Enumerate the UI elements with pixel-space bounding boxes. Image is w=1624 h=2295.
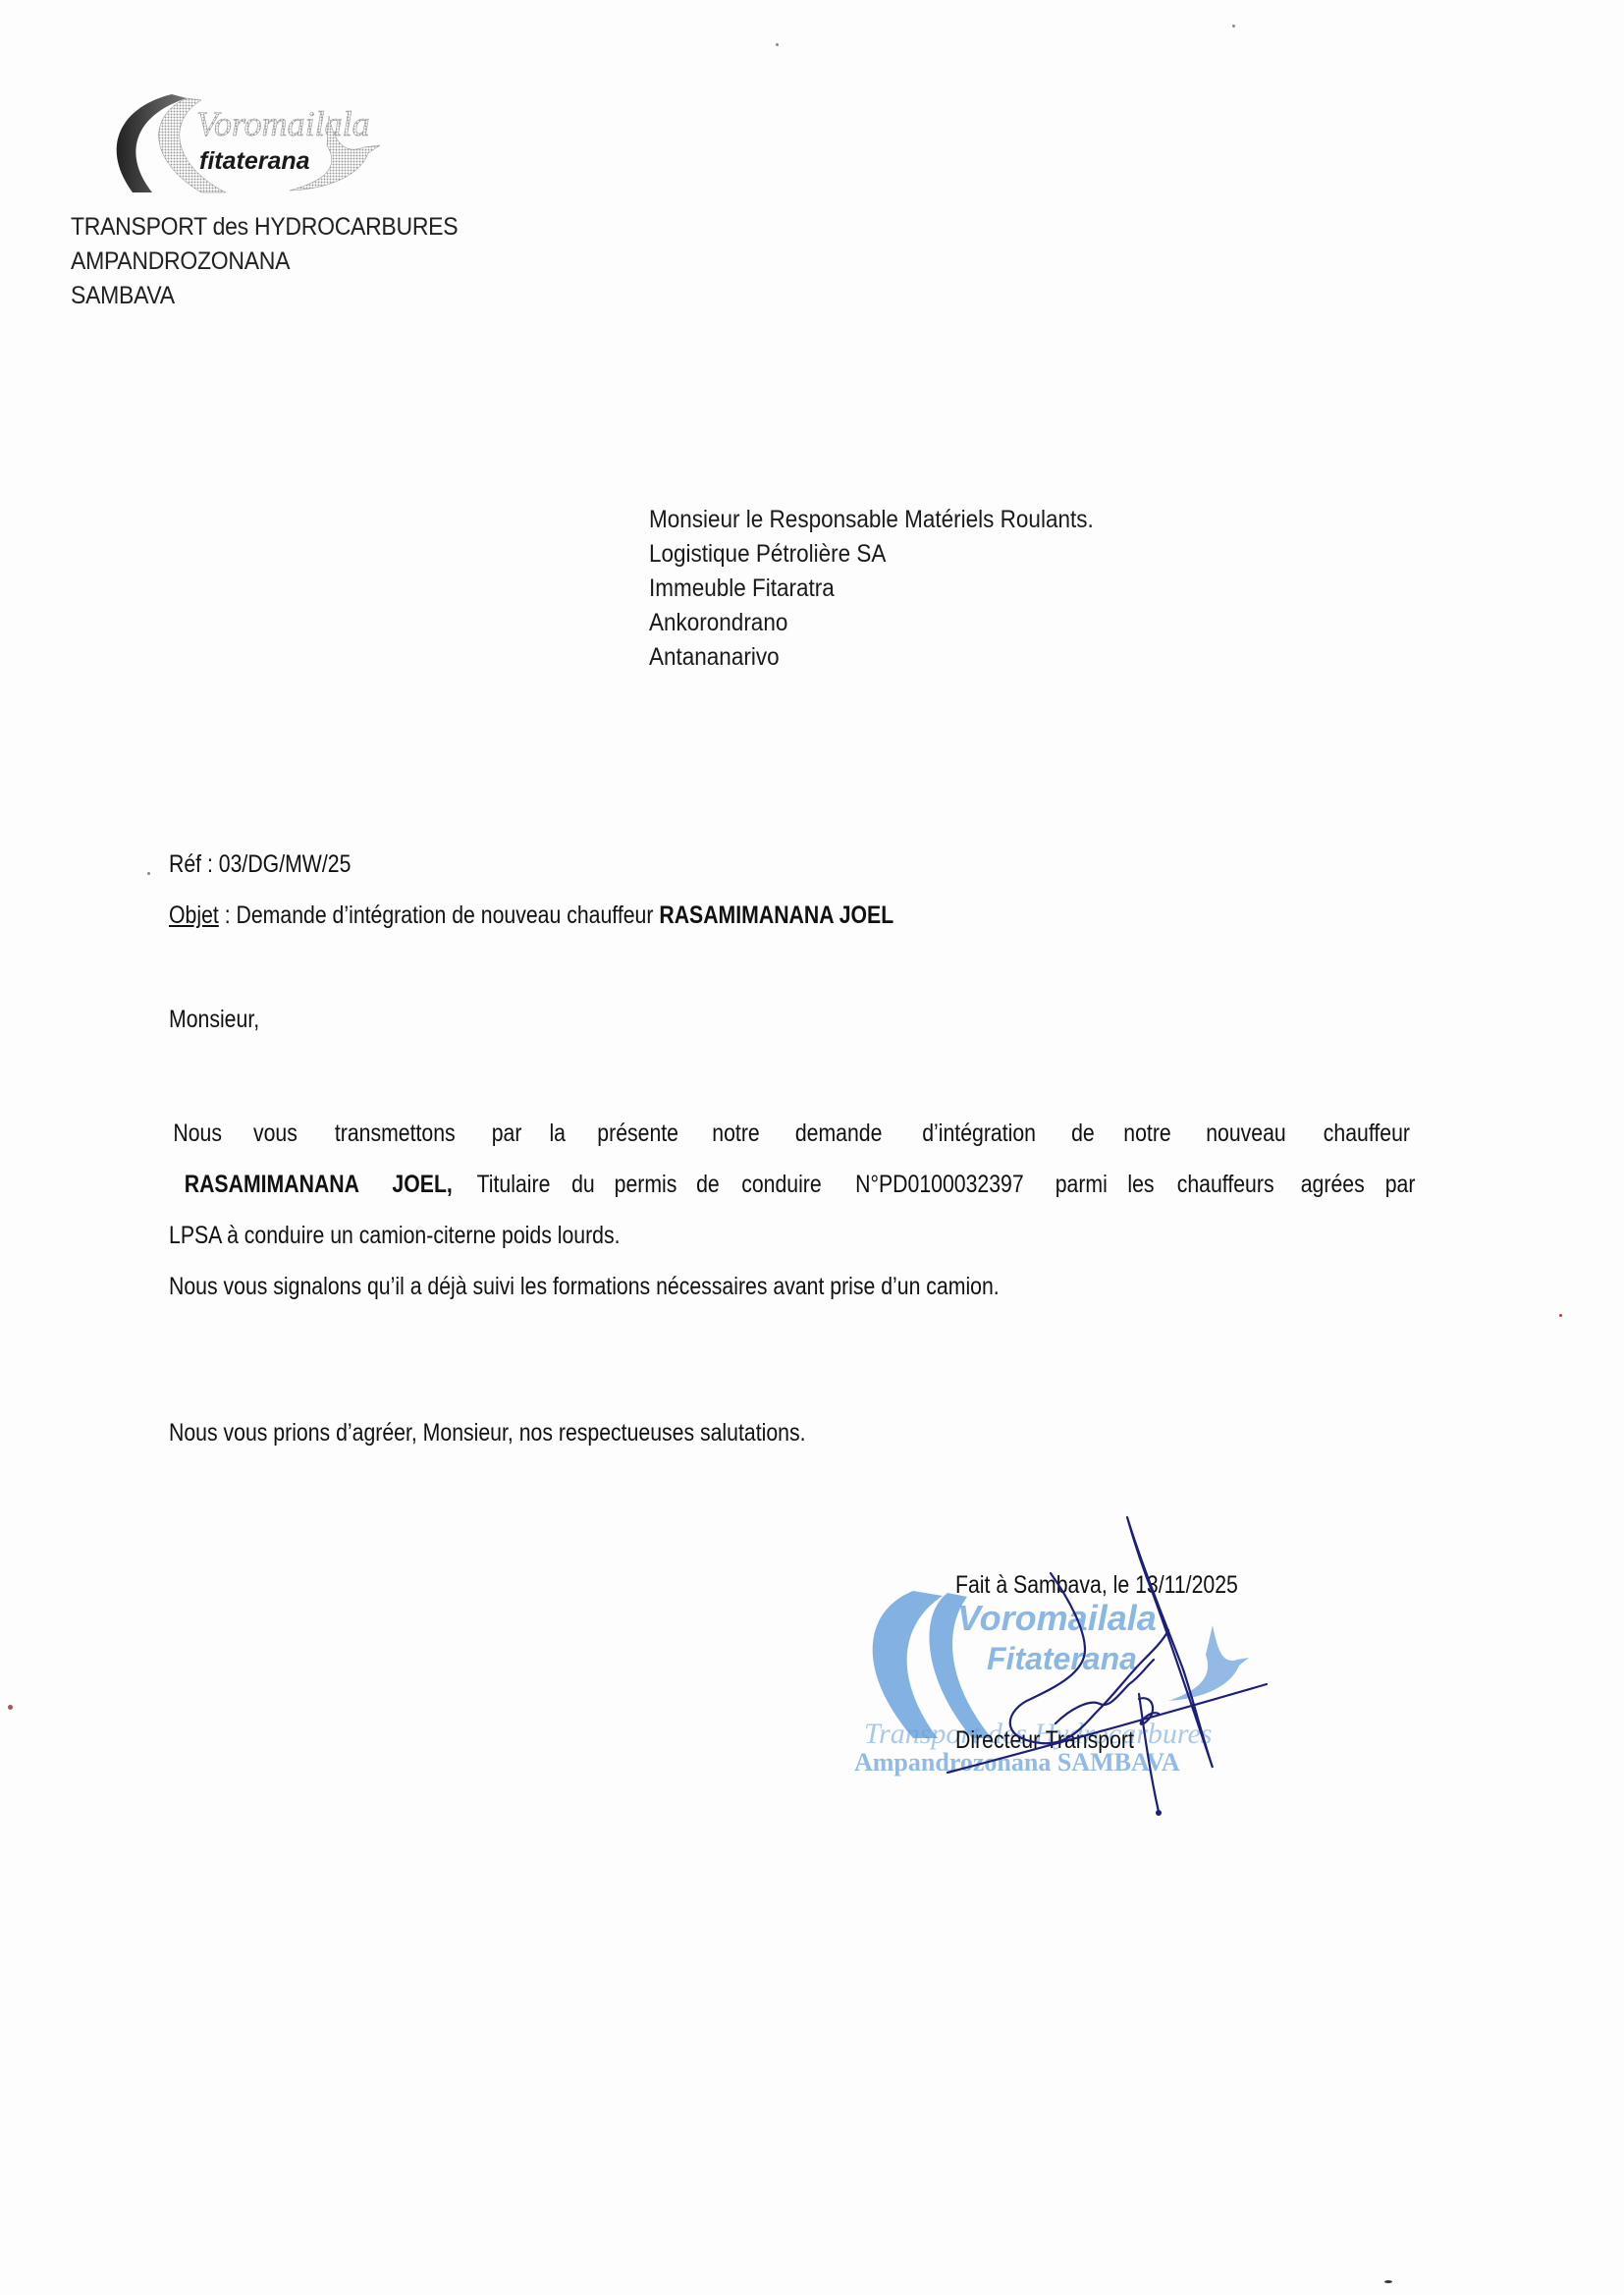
body-line-4: Nous vous signalons qu’il a déjà suivi l…: [169, 1261, 1418, 1312]
body-word: d’intégration: [923, 1108, 1037, 1159]
reference-line: Réf : 03/DG/MW/25: [169, 850, 351, 879]
recipient-line: Logistique Pétrolière SA: [649, 537, 1094, 572]
body-word: du: [571, 1159, 595, 1210]
recipient-line: Monsieur le Responsable Matériels Roulan…: [649, 503, 1094, 537]
body-word: JOEL,: [393, 1159, 453, 1210]
body-word: par: [492, 1108, 522, 1159]
subject-line: Objet : Demande d’intégration de nouveau…: [169, 902, 893, 930]
subject-text: Demande d’intégration de nouveau chauffe…: [237, 902, 660, 929]
body-word: vous: [253, 1108, 298, 1159]
sender-line: SAMBAVA: [71, 279, 458, 313]
subject-separator: :: [219, 902, 237, 929]
sender-line: AMPANDROZONANA: [71, 245, 458, 279]
body-word: Nous: [173, 1108, 222, 1159]
body-word: demande: [794, 1108, 882, 1159]
body-paragraph: Nousvoustransmettonsparlaprésentenotrede…: [169, 1108, 1418, 1312]
body-word: de: [696, 1159, 720, 1210]
svg-text:fitaterana: fitaterana: [199, 147, 310, 175]
scan-speck: [1232, 25, 1235, 27]
body-word: présente: [597, 1108, 678, 1159]
scan-speck: [8, 1705, 13, 1710]
body-word: notre: [713, 1108, 760, 1159]
body-word: transmettons: [335, 1108, 456, 1159]
body-word: parmi: [1056, 1159, 1108, 1210]
body-word: nouveau: [1206, 1108, 1286, 1159]
body-line-3: LPSA à conduire un camion-citerne poids …: [169, 1210, 1418, 1261]
road-dove-logo-icon: Voromailala fitaterana: [93, 86, 388, 194]
recipient-line: Immeuble Fitaratra: [649, 572, 1094, 606]
body-line-2: RASAMIMANANAJOEL,Titulairedupermisdecond…: [169, 1159, 1418, 1210]
body-word: permis: [614, 1159, 677, 1210]
body-line-1: Nousvoustransmettonsparlaprésentenotrede…: [169, 1108, 1418, 1159]
reference-value: 03/DG/MW/25: [219, 850, 352, 878]
subject-label: Objet: [169, 902, 219, 929]
scan-speck: [147, 872, 150, 875]
body-word: par: [1384, 1159, 1415, 1210]
handwritten-signature-icon: [805, 1503, 1316, 1827]
scan-speck: [1559, 1314, 1562, 1317]
recipient-line: Antananarivo: [649, 640, 1094, 675]
recipient-address: Monsieur le Responsable Matériels Roulan…: [649, 503, 1094, 675]
subject-driver-name: RASAMIMANANA JOEL: [659, 902, 893, 929]
body-word: de: [1071, 1108, 1095, 1159]
recipient-line: Ankorondrano: [649, 606, 1094, 640]
svg-text:Voromailala: Voromailala: [196, 104, 370, 143]
body-word: conduire: [741, 1159, 822, 1210]
body-word: N°PD0100032397: [855, 1159, 1024, 1210]
reference-label: Réf :: [169, 850, 213, 878]
body-line-4-text: Nous vous signalons qu’il a déjà suivi l…: [169, 1261, 1000, 1312]
sender-address: TRANSPORT des HYDROCARBURES AMPANDROZONA…: [71, 210, 458, 313]
body-word: RASAMIMANANA: [185, 1159, 359, 1210]
body-word: chauffeurs: [1177, 1159, 1274, 1210]
body-word: la: [549, 1108, 566, 1159]
company-logo: Voromailala fitaterana: [93, 86, 388, 194]
signature-block: Voromailala Fitaterana Transport des Hyd…: [805, 1503, 1316, 1827]
scan-speck: [776, 43, 779, 46]
scan-speck: [1384, 2280, 1392, 2283]
salutation: Monsieur,: [169, 1006, 259, 1034]
body-word: agrées: [1301, 1159, 1365, 1210]
body-line-3-text: LPSA à conduire un camion-citerne poids …: [169, 1210, 621, 1261]
body-word: Titulaire: [477, 1159, 551, 1210]
body-word: chauffeur: [1324, 1108, 1410, 1159]
sender-line: TRANSPORT des HYDROCARBURES: [71, 210, 458, 245]
body-word: notre: [1124, 1108, 1171, 1159]
body-word: les: [1127, 1159, 1154, 1210]
closing-formula: Nous vous prions d’agréer, Monsieur, nos…: [169, 1419, 805, 1448]
